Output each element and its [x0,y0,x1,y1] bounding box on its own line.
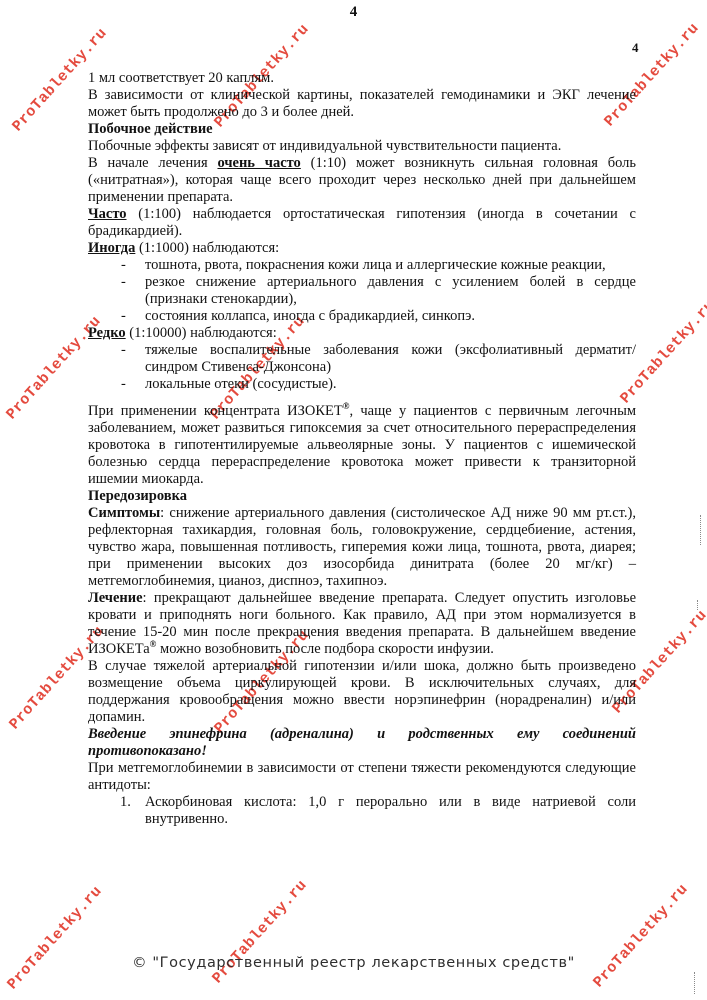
paragraph-methemoglobinemia: При метгемоглобинемии в зависимости от с… [88,760,636,794]
scan-artifact [694,972,695,994]
paragraph-clinical-duration: В зависимости от клинической картины, по… [88,87,636,121]
document-body: 1 мл соответствует 20 каплям. В зависимо… [88,70,636,828]
paragraph-side-effects-intro: Побочные эффекты зависят от индивидуальн… [88,138,636,155]
term-often: Часто [88,206,127,222]
paragraph-often: Часто (1:100) наблюдается ортостатическа… [88,206,636,240]
list-item: -резкое снижение артериального давления … [88,274,636,308]
numbered-item-antidote: 1.Аскорбиновая кислота: 1,0 г перорально… [88,794,636,828]
paragraph-shock: В случае тяжелой артериальной гипотензии… [88,658,636,726]
footer-copyright: © "Государственный реестр лекарственных … [0,955,707,971]
document-page: ProTabletky.ru ProTabletky.ru ProTabletk… [0,0,707,1000]
scan-artifact [700,515,701,545]
paragraph-izoket-hypoxemia: При применении концентрата ИЗОКЕТ®, чаще… [88,403,636,488]
bullet-dash: - [121,257,126,274]
heading-overdose: Передозировка [88,488,636,505]
paragraph-symptoms: Симптомы: снижение артериального давлени… [88,505,636,590]
heading-side-effects: Побочное действие [88,121,636,138]
list-item: -локальные отеки (сосудистые). [88,376,636,393]
paragraph-epinephrine-warning: Введение эпинефрина (адреналина) и родст… [88,726,636,760]
bullet-dash: - [121,274,126,291]
watermark: ProTabletky.ru [4,883,106,993]
page-number-corner: 4 [632,40,639,56]
page-number-top: 4 [0,4,707,21]
watermark: ProTabletky.ru [590,881,692,991]
paragraph-treatment: Лечение: прекращают дальнейшее введение … [88,590,636,658]
paragraph-dose-equivalence: 1 мл соответствует 20 каплям. [88,70,636,87]
term-very-often: очень часто [217,155,300,171]
bullet-dash: - [121,308,126,325]
term-rare: Редко [88,325,126,341]
term-symptoms: Симптомы [88,505,160,521]
paragraph-rare: Редко (1:10000) наблюдаются: [88,325,636,342]
list-item: -тошнота, рвота, покраснения кожи лица и… [88,257,636,274]
bullet-dash: - [121,342,126,359]
paragraph-very-often: В начале лечения очень часто (1:10) може… [88,155,636,206]
registered-trademark-symbol: ® [343,401,350,411]
term-treatment: Лечение [88,590,143,606]
paragraph-sometimes: Иногда (1:1000) наблюдаются: [88,240,636,257]
item-number: 1. [120,794,131,811]
term-sometimes: Иногда [88,240,135,256]
list-item: -состояния коллапса, иногда с брадикарди… [88,308,636,325]
bullet-dash: - [121,376,126,393]
list-item: -тяжелые воспалительные заболевания кожи… [88,342,636,376]
